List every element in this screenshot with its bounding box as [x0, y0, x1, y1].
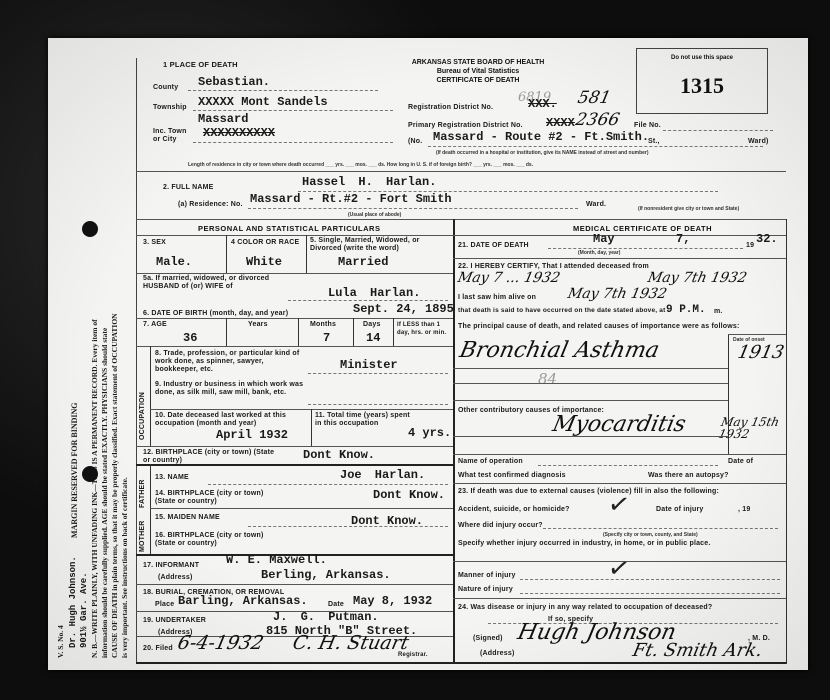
street-line	[428, 146, 763, 147]
divider-8	[136, 446, 453, 447]
father-name-value: Joe Harlan.	[340, 468, 425, 482]
certify-label: 22. I HEREBY CERTIFY, That I attended de…	[458, 263, 649, 270]
test-label: What test confirmed diagnosis	[458, 472, 566, 479]
last-worked-value: April 1932	[216, 428, 288, 442]
father-birthplace-value: Dont Know.	[373, 488, 445, 502]
mother-side-label: MOTHER	[139, 520, 146, 552]
informant-address-label: (Address)	[158, 574, 192, 581]
township-label: Township	[153, 104, 187, 111]
physician-stamp: Dr. Hugh Johnson.	[68, 556, 78, 648]
spouse-label: 5a. If married, widowed, or divorced HUS…	[143, 275, 293, 291]
injury-where-label: Where did injury occur?	[458, 522, 543, 529]
last-saw-value: May 7th 1932	[566, 286, 668, 302]
margin-reserved-note: MARGIN RESERVED FOR BINDING	[70, 402, 79, 538]
personal-section-title: PERSONAL AND STATISTICAL PARTICULARS	[198, 224, 380, 233]
form-number: V. S. No. 4	[56, 625, 65, 658]
registrar-signature: C. H. Stuart	[291, 632, 411, 654]
physician-address-label: (Address)	[480, 650, 514, 657]
nonresident-note: (If nonresident give city or town and St…	[638, 206, 739, 212]
mother-maiden-line	[248, 526, 448, 527]
last-saw-label: I last saw him alive on	[458, 294, 536, 301]
residence-line	[248, 208, 578, 209]
divider-3	[136, 235, 453, 236]
principal-cause: Bronchial Asthma	[457, 338, 661, 363]
physician-address: Ft. Smith Ark.	[631, 640, 765, 661]
cause-label: The principal cause of death, and relate…	[458, 323, 758, 331]
injury-specify-label: Specify whether injury occurred in indus…	[458, 540, 778, 548]
death-certificate-page: V. S. No. 4 Dr. Hugh Johnson. 901½ Gar. …	[48, 38, 808, 670]
vline-total-time	[311, 409, 312, 446]
death-said-label: that death is said to have occurred on t…	[458, 306, 778, 315]
operation-date-label: Date of	[728, 458, 753, 465]
death-date-line	[548, 248, 743, 249]
informant-value: W. E. Maxwell.	[226, 553, 327, 567]
divider-9	[136, 464, 453, 466]
injury-year-label: , 19	[738, 506, 750, 513]
trade-line	[308, 373, 448, 374]
spouse-value: Lula Harlan.	[328, 286, 420, 300]
undertaker-label: 19. UNDERTAKER	[143, 617, 206, 624]
form-right-border	[786, 219, 787, 664]
checkmark-accident: ✓	[606, 488, 633, 521]
primary-registration-struck: XXXX	[546, 116, 575, 130]
injury-date-label: Date of injury	[656, 506, 704, 513]
death-year: 32.	[756, 232, 778, 246]
vline-months	[298, 318, 299, 346]
divider-7	[150, 409, 453, 410]
accident-label: Accident, suicide, or homicide?	[458, 506, 570, 513]
residence-sub-label: (Usual place of abode)	[348, 212, 401, 218]
bottom-border	[136, 662, 786, 664]
sex-label: 3. SEX	[143, 239, 166, 246]
death-year-prefix: 19	[746, 242, 754, 249]
birthplace-label: 12. BIRTHPLACE (city or town) (State or …	[143, 449, 278, 465]
mother-maiden-label: 15. MAIDEN NAME	[155, 514, 220, 521]
principal-cause-onset: 1913	[736, 342, 786, 363]
occupation-side-label: OCCUPATION	[139, 392, 146, 440]
dob-value: Sept. 24, 1895	[353, 302, 454, 316]
county-line	[188, 90, 378, 91]
primary-registration-handwritten: 2366	[574, 110, 622, 130]
med-divider-4	[453, 598, 786, 599]
filed-date: 6-4-1932	[176, 632, 266, 654]
death-day: 7,	[676, 232, 690, 246]
residence-value: Massard - Rt.#2 - Fort Smith	[250, 192, 452, 206]
cause-line-4	[453, 436, 728, 437]
town-label: Inc. Town or City	[153, 128, 193, 144]
instructions-line-1: N. B.—WRITE PLAINLY, WITH UNFADING INK—T…	[90, 319, 99, 658]
town-line	[193, 142, 393, 143]
sex-value: Male.	[156, 255, 192, 269]
ward-label: Ward.	[586, 201, 606, 208]
total-time-label: 11. Total time (years) spent in this occ…	[315, 412, 415, 428]
m-label: m.	[714, 308, 723, 315]
occupation-side-border	[150, 346, 151, 446]
burial-place-label: Place	[155, 601, 174, 608]
marital-status-value: Married	[338, 255, 388, 269]
town-value: Massard	[198, 112, 248, 126]
agency-name: ARKANSAS STATE BOARD OF HEALTH	[378, 58, 578, 67]
informant-address-value: Berling, Arkansas.	[261, 568, 391, 582]
industry-label: 9. Industry or business in which work wa…	[155, 381, 305, 397]
days-value: 14	[366, 331, 380, 345]
certificate-header: ARKANSAS STATE BOARD OF HEALTH Bureau of…	[378, 58, 578, 85]
months-value: 7	[323, 331, 330, 345]
county-label: County	[153, 84, 178, 91]
street-label: (No.	[408, 138, 422, 145]
contributory-onset: May 15th 1932	[717, 416, 792, 440]
dob-label: 6. DATE OF BIRTH (month, day, and year)	[143, 310, 288, 317]
town-struck-value: XXXXXXXXXX	[203, 126, 275, 140]
marital-status-label: 5. Single, Married, Widowed, or Divorced…	[310, 237, 452, 253]
residence-length-note: Length of residence in city or town wher…	[188, 162, 533, 168]
township-line	[193, 110, 393, 111]
divider-1	[136, 171, 786, 172]
trade-value: Minister	[340, 358, 398, 372]
vline-less	[393, 318, 394, 346]
operation-label: Name of operation	[458, 458, 523, 465]
do-not-use-label: Do not use this space	[637, 55, 767, 61]
operation-line	[538, 465, 718, 466]
nature-label: Nature of injury	[458, 586, 513, 593]
occupation-related-label: 24. Was disease or injury in any way rel…	[458, 604, 712, 611]
township-value: XXXXX Mont Sandels	[198, 95, 328, 109]
hospital-note: (If death occurred in a hospital or inst…	[436, 150, 649, 156]
father-name-line	[208, 484, 448, 485]
cause-code: 84	[538, 370, 557, 388]
attended-to: May 7th 1932	[646, 270, 748, 286]
divider-2	[136, 219, 786, 220]
mother-birthplace-label: 16. BIRTHPLACE (city or town) (State or …	[155, 532, 285, 548]
spouse-line	[288, 300, 448, 301]
divider-5	[136, 318, 453, 319]
full-name-label: 2. FULL NAME	[163, 184, 214, 191]
file-no-line	[663, 130, 773, 131]
residence-label: (a) Residence: No.	[178, 201, 243, 208]
certificate-number: 1315	[637, 73, 767, 99]
instructions-line-3: CAUSE OF DEATH in plain terms, so that i…	[110, 313, 119, 658]
age-label: 7. AGE	[143, 321, 167, 328]
punch-hole-bottom	[82, 466, 98, 482]
injury-where-line	[543, 528, 778, 529]
cause-line-5	[453, 454, 786, 455]
registration-district-value: XXX.	[528, 97, 557, 111]
burial-date-value: May 8, 1932	[353, 594, 432, 608]
undertaker-value: J. G. Putman.	[273, 610, 379, 624]
industry-line	[308, 404, 448, 405]
checkmark-manner: ✓	[606, 552, 633, 585]
less-than-day-label: If LESS than 1 day, hrs. or min.	[397, 321, 452, 337]
autopsy-label: Was there an autopsy?	[648, 472, 729, 479]
instructions-line-4: is very important. See instructions on b…	[120, 477, 129, 658]
years-value: 36	[183, 331, 197, 345]
contributory-cause: Myocarditis	[550, 412, 688, 437]
days-label: Days	[363, 321, 381, 328]
last-worked-label: 10. Date deceased last worked at this oc…	[155, 412, 307, 428]
st-label: St.,	[648, 138, 660, 145]
divider-4	[136, 273, 453, 274]
nature-line	[520, 593, 780, 594]
county-value: Sebastian.	[198, 75, 270, 89]
parents-side-border	[150, 464, 151, 554]
form-left-border	[136, 58, 137, 664]
med-divider-2	[453, 258, 786, 259]
place-of-death-label: 1 PLACE OF DEATH	[163, 60, 238, 69]
trade-label: 8. Trade, profession, or particular kind…	[155, 350, 305, 374]
divider-12	[136, 584, 453, 585]
race-value: White	[246, 255, 282, 269]
full-name-value: Hassel H. Harlan.	[302, 175, 436, 189]
cause-line-1	[453, 368, 728, 369]
birthplace-value: Dont Know.	[303, 448, 375, 462]
death-month: May	[593, 232, 615, 246]
divider-10	[150, 508, 453, 509]
signed-label: (Signed)	[473, 635, 503, 642]
informant-label: 17. INFORMANT	[143, 562, 199, 569]
injury-where-sub: (Specify city or town, county, and State…	[603, 532, 698, 538]
father-name-label: 13. NAME	[155, 474, 189, 481]
burial-place-value: Barling, Arkansas.	[178, 594, 308, 608]
cause-line-2	[453, 383, 728, 384]
burial-date-label: Date	[328, 601, 344, 608]
certificate-number-box: Do not use this space 1315	[636, 48, 768, 114]
years-label: Years	[248, 321, 268, 328]
registration-district-handwritten: 581	[576, 88, 613, 108]
ward-label-top: Ward)	[748, 138, 769, 145]
vline-years	[226, 318, 227, 346]
death-date-sub: (Month, day, year)	[578, 250, 620, 256]
attended-from: May 7 ... 1932	[456, 270, 561, 286]
filed-label: 20. Filed	[143, 645, 173, 652]
registration-district-label: Registration District No.	[408, 104, 493, 111]
med-divider-3	[453, 483, 786, 484]
manner-line	[520, 579, 780, 580]
race-label: 4 COLOR OR RACE	[231, 239, 299, 246]
certificate-title: CERTIFICATE OF DEATH	[378, 76, 578, 85]
vline-race	[306, 235, 307, 273]
manner-label: Manner of injury	[458, 572, 516, 579]
total-time-value: 4 yrs.	[408, 426, 451, 440]
punch-hole-top	[82, 221, 98, 237]
vline-sex	[226, 235, 227, 273]
divider-6	[136, 346, 453, 347]
death-time: 9 P.M.	[666, 304, 706, 316]
med-divider-1	[453, 235, 786, 236]
bureau-name: Bureau of Vital Statistics	[378, 67, 578, 76]
vline-days	[353, 318, 354, 346]
primary-registration-label: Primary Registration District No.	[408, 122, 523, 129]
instructions-line-2: information should be carefully supplied…	[100, 328, 109, 658]
onset-column-top	[728, 334, 786, 335]
physician-stamp-address: 901½ Gar. Ave.	[79, 572, 89, 648]
father-birthplace-label: 14. BIRTHPLACE (city or town) (State or …	[155, 490, 285, 506]
file-no-label: File No.	[634, 122, 661, 129]
cause-line-3	[453, 400, 728, 401]
father-side-label: FATHER	[139, 479, 146, 508]
street-value: Massard - Route #2 - Ft.Smith.	[433, 130, 649, 144]
date-of-death-label: 21. DATE OF DEATH	[458, 242, 529, 249]
registrar-label: Registrar.	[398, 652, 428, 658]
months-label: Months	[310, 321, 336, 328]
